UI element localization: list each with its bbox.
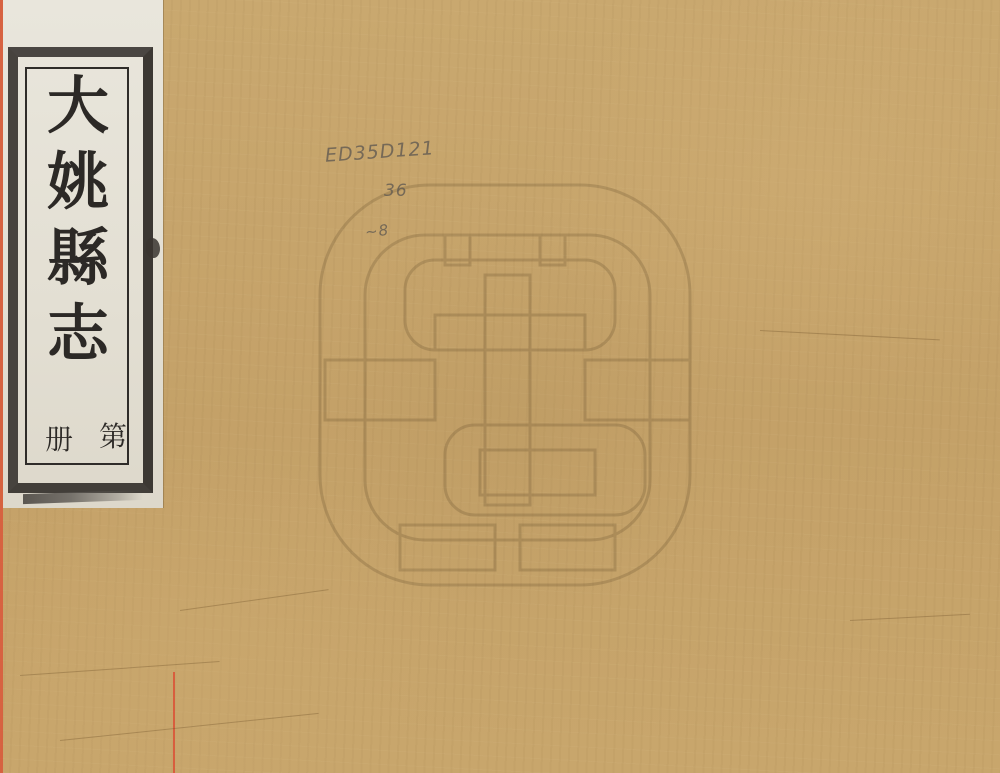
- title-char: 姚: [47, 144, 109, 220]
- book-title: 大 姚 縣 志: [33, 68, 123, 372]
- pencil-note-line-3: ~8: [364, 221, 390, 241]
- red-edge-line-bottom: [173, 672, 175, 773]
- volume-label-di: 第: [99, 415, 127, 455]
- title-char: 縣: [47, 220, 109, 296]
- ink-blot: [146, 238, 160, 258]
- title-char: 大: [47, 68, 109, 144]
- volume-label-ce: 册: [45, 418, 73, 458]
- title-slip: 大 姚 縣 志 第 册: [3, 0, 163, 508]
- pencil-note-line-2: 36: [384, 181, 408, 201]
- title-char: 志: [47, 296, 109, 372]
